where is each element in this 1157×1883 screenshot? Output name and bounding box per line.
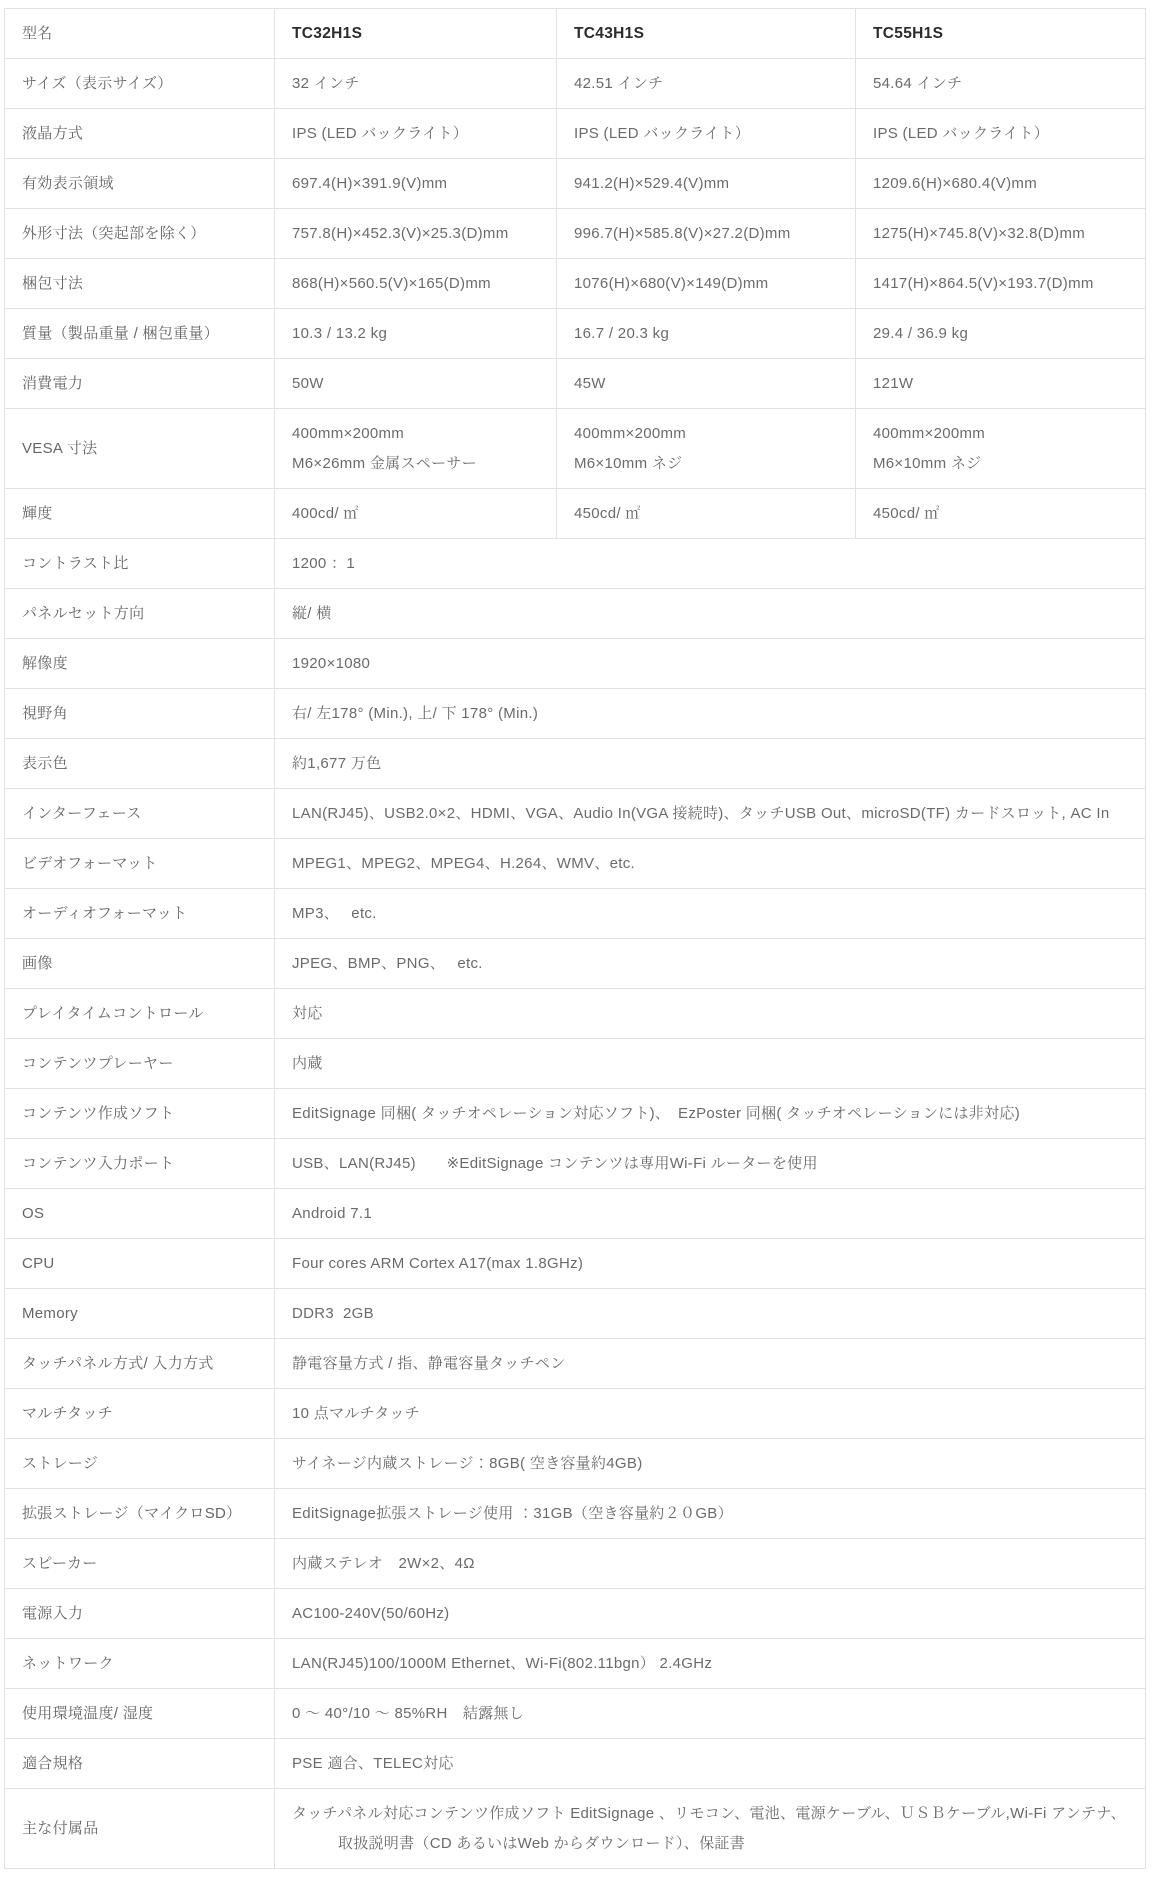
row-value: 1076(H)×680(V)×149(D)mm	[557, 259, 856, 309]
value-line: 1275(H)×745.8(V)×32.8(D)mm	[873, 224, 1128, 243]
spec-table: 型名 TC32H1S TC43H1S TC55H1S サイズ（表示サイズ）32 …	[4, 8, 1146, 1869]
spec-sheet-page: 型名 TC32H1S TC43H1S TC55H1S サイズ（表示サイズ）32 …	[0, 0, 1157, 1883]
table-row: ストレージサイネージ内蔵ストレージ：8GB( 空き容量約4GB)	[5, 1439, 1146, 1489]
row-value: 941.2(H)×529.4(V)mm	[557, 159, 856, 209]
row-label: 適合規格	[5, 1739, 275, 1789]
row-label: 有効表示領域	[5, 159, 275, 209]
value-line: M6×10mm ネジ	[873, 454, 1128, 473]
row-value: IPS (LED バックライト）	[856, 109, 1146, 159]
value-line: 1076(H)×680(V)×149(D)mm	[574, 274, 838, 293]
table-row: インターフェースLAN(RJ45)、USB2.0×2、HDMI、VGA、Audi…	[5, 789, 1146, 839]
row-label: 外形寸法（突起部を除く）	[5, 209, 275, 259]
row-value: タッチパネル対応コンテンツ作成ソフト EditSignage 、リモコン、電池、…	[275, 1789, 1146, 1869]
value-line: 1209.6(H)×680.4(V)mm	[873, 174, 1128, 193]
table-row: 電源入力AC100-240V(50/60Hz)	[5, 1589, 1146, 1639]
table-row: スピーカー内蔵ステレオ 2W×2、4Ω	[5, 1539, 1146, 1589]
spec-table-body: サイズ（表示サイズ）32 インチ42.51 インチ54.64 インチ液晶方式IP…	[5, 59, 1146, 1869]
value-line: 697.4(H)×391.9(V)mm	[292, 174, 539, 193]
value-line: PSE 適合、TELEC対応	[292, 1754, 1128, 1773]
value-line: 取扱説明書（CD あるいはWeb からダウンロード）、保証書	[292, 1834, 1128, 1853]
row-value: PSE 適合、TELEC対応	[275, 1739, 1146, 1789]
value-line: 400mm×200mm	[574, 424, 838, 443]
row-value: 868(H)×560.5(V)×165(D)mm	[275, 259, 557, 309]
table-row: コンテンツ入力ポートUSB、LAN(RJ45) ※EditSignage コンテ…	[5, 1139, 1146, 1189]
row-label: ビデオフォーマット	[5, 839, 275, 889]
value-line: 静電容量方式 / 指、静電容量タッチペン	[292, 1354, 1128, 1373]
table-row: パネルセット方向縦/ 横	[5, 589, 1146, 639]
value-line: Android 7.1	[292, 1204, 1128, 1223]
value-line: 45W	[574, 374, 838, 393]
table-row: コンテンツ作成ソフトEditSignage 同梱( タッチオペレーション対応ソフ…	[5, 1089, 1146, 1139]
row-label: 拡張ストレージ（マイクロSD）	[5, 1489, 275, 1539]
value-line: 757.8(H)×452.3(V)×25.3(D)mm	[292, 224, 539, 243]
row-value: 400mm×200mmM6×10mm ネジ	[856, 409, 1146, 489]
row-label: Memory	[5, 1289, 275, 1339]
model-name-tc32h1s: TC32H1S	[275, 9, 557, 59]
model-name-label: 型名	[5, 9, 275, 59]
row-label: ネットワーク	[5, 1639, 275, 1689]
row-value: 10.3 / 13.2 kg	[275, 309, 557, 359]
row-value: IPS (LED バックライト）	[557, 109, 856, 159]
table-row: サイズ（表示サイズ）32 インチ42.51 インチ54.64 インチ	[5, 59, 1146, 109]
model-name-tc55h1s: TC55H1S	[856, 9, 1146, 59]
row-label: OS	[5, 1189, 275, 1239]
row-value: 静電容量方式 / 指、静電容量タッチペン	[275, 1339, 1146, 1389]
row-label: 使用環境温度/ 湿度	[5, 1689, 275, 1739]
value-line: AC100-240V(50/60Hz)	[292, 1604, 1128, 1623]
row-value: Four cores ARM Cortex A17(max 1.8GHz)	[275, 1239, 1146, 1289]
table-row: OSAndroid 7.1	[5, 1189, 1146, 1239]
row-label: オーディオフォーマット	[5, 889, 275, 939]
value-line: 400cd/ ㎡	[292, 504, 539, 523]
value-line: 50W	[292, 374, 539, 393]
table-row: 適合規格PSE 適合、TELEC対応	[5, 1739, 1146, 1789]
row-label: 解像度	[5, 639, 275, 689]
value-line: 0 ～ 40°/10 ～ 85%RH 結露無し	[292, 1704, 1128, 1723]
table-row: 消費電力50W45W121W	[5, 359, 1146, 409]
row-label: コンテンツ作成ソフト	[5, 1089, 275, 1139]
row-label: 質量（製品重量 / 梱包重量）	[5, 309, 275, 359]
row-value: 1209.6(H)×680.4(V)mm	[856, 159, 1146, 209]
row-value: 1417(H)×864.5(V)×193.7(D)mm	[856, 259, 1146, 309]
value-line: MPEG1、MPEG2、MPEG4、H.264、WMV、etc.	[292, 854, 1128, 873]
table-row: タッチパネル方式/ 入力方式静電容量方式 / 指、静電容量タッチペン	[5, 1339, 1146, 1389]
row-value: EditSignage拡張ストレージ使用 ：31GB（空き容量約２０GB）	[275, 1489, 1146, 1539]
row-value: 996.7(H)×585.8(V)×27.2(D)mm	[557, 209, 856, 259]
row-label: サイズ（表示サイズ）	[5, 59, 275, 109]
value-line: 54.64 インチ	[873, 74, 1128, 93]
row-value: 121W	[856, 359, 1146, 409]
row-value: IPS (LED バックライト）	[275, 109, 557, 159]
value-line: LAN(RJ45)、USB2.0×2、HDMI、VGA、Audio In(VGA…	[292, 804, 1128, 823]
table-row: マルチタッチ10 点マルチタッチ	[5, 1389, 1146, 1439]
row-label: スピーカー	[5, 1539, 275, 1589]
row-label: タッチパネル方式/ 入力方式	[5, 1339, 275, 1389]
row-value: 29.4 / 36.9 kg	[856, 309, 1146, 359]
row-value: EditSignage 同梱( タッチオペレーション対応ソフト)、 EzPost…	[275, 1089, 1146, 1139]
row-label: 視野角	[5, 689, 275, 739]
row-label: VESA 寸法	[5, 409, 275, 489]
row-value: LAN(RJ45)、USB2.0×2、HDMI、VGA、Audio In(VGA…	[275, 789, 1146, 839]
row-value: 50W	[275, 359, 557, 409]
row-value: 757.8(H)×452.3(V)×25.3(D)mm	[275, 209, 557, 259]
value-line: 10 点マルチタッチ	[292, 1404, 1128, 1423]
row-value: 1200 ：1	[275, 539, 1146, 589]
row-label: 梱包寸法	[5, 259, 275, 309]
row-label: ストレージ	[5, 1439, 275, 1489]
row-value: Android 7.1	[275, 1189, 1146, 1239]
row-value: 400mm×200mmM6×10mm ネジ	[557, 409, 856, 489]
table-row: プレイタイムコントロール対応	[5, 989, 1146, 1039]
row-label: 液晶方式	[5, 109, 275, 159]
row-value: 1275(H)×745.8(V)×32.8(D)mm	[856, 209, 1146, 259]
table-row: 外形寸法（突起部を除く）757.8(H)×452.3(V)×25.3(D)mm9…	[5, 209, 1146, 259]
value-line: M6×26mm 金属スペーサー	[292, 454, 539, 473]
row-label: プレイタイムコントロール	[5, 989, 275, 1039]
row-value: 1920×1080	[275, 639, 1146, 689]
row-value: MP3、 etc.	[275, 889, 1146, 939]
value-line: 868(H)×560.5(V)×165(D)mm	[292, 274, 539, 293]
value-line: 29.4 / 36.9 kg	[873, 324, 1128, 343]
row-label: マルチタッチ	[5, 1389, 275, 1439]
row-value: 16.7 / 20.3 kg	[557, 309, 856, 359]
row-value: USB、LAN(RJ45) ※EditSignage コンテンツは専用Wi-Fi…	[275, 1139, 1146, 1189]
row-label: 電源入力	[5, 1589, 275, 1639]
table-row: ビデオフォーマットMPEG1、MPEG2、MPEG4、H.264、WMV、etc…	[5, 839, 1146, 889]
row-value: 400mm×200mmM6×26mm 金属スペーサー	[275, 409, 557, 489]
row-value: 内蔵ステレオ 2W×2、4Ω	[275, 1539, 1146, 1589]
value-line: IPS (LED バックライト）	[873, 124, 1128, 143]
row-value: JPEG、BMP、PNG、 etc.	[275, 939, 1146, 989]
row-label: 消費電力	[5, 359, 275, 409]
row-value: 697.4(H)×391.9(V)mm	[275, 159, 557, 209]
value-line: USB、LAN(RJ45) ※EditSignage コンテンツは専用Wi-Fi…	[292, 1154, 1128, 1173]
table-row: CPUFour cores ARM Cortex A17(max 1.8GHz)	[5, 1239, 1146, 1289]
table-row: 主な付属品タッチパネル対応コンテンツ作成ソフト EditSignage 、リモコ…	[5, 1789, 1146, 1869]
value-line: 450cd/ ㎡	[574, 504, 838, 523]
value-line: 内蔵ステレオ 2W×2、4Ω	[292, 1554, 1128, 1573]
value-line: IPS (LED バックライト）	[292, 124, 539, 143]
model-name-tc43h1s: TC43H1S	[557, 9, 856, 59]
row-label: パネルセット方向	[5, 589, 275, 639]
row-label: 主な付属品	[5, 1789, 275, 1869]
value-line: LAN(RJ45)100/1000M Ethernet、Wi-Fi(802.11…	[292, 1654, 1128, 1673]
row-value: MPEG1、MPEG2、MPEG4、H.264、WMV、etc.	[275, 839, 1146, 889]
row-value: 縦/ 横	[275, 589, 1146, 639]
table-row: 解像度1920×1080	[5, 639, 1146, 689]
row-value: 450cd/ ㎡	[856, 489, 1146, 539]
value-line: 1417(H)×864.5(V)×193.7(D)mm	[873, 274, 1128, 293]
row-label: コンテンツプレーヤー	[5, 1039, 275, 1089]
table-row: ネットワークLAN(RJ45)100/1000M Ethernet、Wi-Fi(…	[5, 1639, 1146, 1689]
value-line: 941.2(H)×529.4(V)mm	[574, 174, 838, 193]
value-line: 400mm×200mm	[873, 424, 1128, 443]
value-line: Four cores ARM Cortex A17(max 1.8GHz)	[292, 1254, 1128, 1273]
row-value: 42.51 インチ	[557, 59, 856, 109]
value-line: 右/ 左178° (Min.), 上/ 下 178° (Min.)	[292, 704, 1128, 723]
value-line: 約1,677 万色	[292, 754, 1128, 773]
row-value: 54.64 インチ	[856, 59, 1146, 109]
row-label: 表示色	[5, 739, 275, 789]
row-value: DDR3 2GB	[275, 1289, 1146, 1339]
table-row: 質量（製品重量 / 梱包重量）10.3 / 13.2 kg16.7 / 20.3…	[5, 309, 1146, 359]
table-row: 使用環境温度/ 湿度0 ～ 40°/10 ～ 85%RH 結露無し	[5, 1689, 1146, 1739]
row-value: 45W	[557, 359, 856, 409]
value-line: IPS (LED バックライト）	[574, 124, 838, 143]
table-row: 輝度400cd/ ㎡450cd/ ㎡450cd/ ㎡	[5, 489, 1146, 539]
row-label: コントラスト比	[5, 539, 275, 589]
value-line: JPEG、BMP、PNG、 etc.	[292, 954, 1128, 973]
table-row: コントラスト比1200 ：1	[5, 539, 1146, 589]
value-line: タッチパネル対応コンテンツ作成ソフト EditSignage 、リモコン、電池、…	[292, 1804, 1128, 1823]
row-value: 450cd/ ㎡	[557, 489, 856, 539]
value-line: 1200 ：1	[292, 554, 1128, 573]
row-value: LAN(RJ45)100/1000M Ethernet、Wi-Fi(802.11…	[275, 1639, 1146, 1689]
row-value: 内蔵	[275, 1039, 1146, 1089]
table-header-row: 型名 TC32H1S TC43H1S TC55H1S	[5, 9, 1146, 59]
row-value: 400cd/ ㎡	[275, 489, 557, 539]
value-line: 10.3 / 13.2 kg	[292, 324, 539, 343]
row-value: 右/ 左178° (Min.), 上/ 下 178° (Min.)	[275, 689, 1146, 739]
table-row: MemoryDDR3 2GB	[5, 1289, 1146, 1339]
table-row: コンテンツプレーヤー内蔵	[5, 1039, 1146, 1089]
table-row: 有効表示領域697.4(H)×391.9(V)mm941.2(H)×529.4(…	[5, 159, 1146, 209]
row-value: 約1,677 万色	[275, 739, 1146, 789]
row-label: コンテンツ入力ポート	[5, 1139, 275, 1189]
value-line: 対応	[292, 1004, 1128, 1023]
value-line: 996.7(H)×585.8(V)×27.2(D)mm	[574, 224, 838, 243]
value-line: M6×10mm ネジ	[574, 454, 838, 473]
table-row: 梱包寸法868(H)×560.5(V)×165(D)mm1076(H)×680(…	[5, 259, 1146, 309]
row-value: 対応	[275, 989, 1146, 1039]
value-line: 内蔵	[292, 1054, 1128, 1073]
table-row: 表示色約1,677 万色	[5, 739, 1146, 789]
value-line: 450cd/ ㎡	[873, 504, 1128, 523]
value-line: 1920×1080	[292, 654, 1128, 673]
value-line: 縦/ 横	[292, 604, 1128, 623]
value-line: 42.51 インチ	[574, 74, 838, 93]
table-row: オーディオフォーマットMP3、 etc.	[5, 889, 1146, 939]
row-value: 0 ～ 40°/10 ～ 85%RH 結露無し	[275, 1689, 1146, 1739]
table-row: 画像JPEG、BMP、PNG、 etc.	[5, 939, 1146, 989]
row-value: 10 点マルチタッチ	[275, 1389, 1146, 1439]
value-line: 400mm×200mm	[292, 424, 539, 443]
row-label: 画像	[5, 939, 275, 989]
row-label: 輝度	[5, 489, 275, 539]
row-label: CPU	[5, 1239, 275, 1289]
row-value: 32 インチ	[275, 59, 557, 109]
row-value: AC100-240V(50/60Hz)	[275, 1589, 1146, 1639]
table-row: 液晶方式IPS (LED バックライト）IPS (LED バックライト）IPS …	[5, 109, 1146, 159]
value-line: 32 インチ	[292, 74, 539, 93]
table-row: VESA 寸法400mm×200mmM6×26mm 金属スペーサー400mm×2…	[5, 409, 1146, 489]
value-line: 16.7 / 20.3 kg	[574, 324, 838, 343]
value-line: サイネージ内蔵ストレージ：8GB( 空き容量約4GB)	[292, 1454, 1128, 1473]
row-label: インターフェース	[5, 789, 275, 839]
value-line: DDR3 2GB	[292, 1304, 1128, 1323]
row-value: サイネージ内蔵ストレージ：8GB( 空き容量約4GB)	[275, 1439, 1146, 1489]
value-line: MP3、 etc.	[292, 904, 1128, 923]
table-row: 視野角右/ 左178° (Min.), 上/ 下 178° (Min.)	[5, 689, 1146, 739]
table-row: 拡張ストレージ（マイクロSD）EditSignage拡張ストレージ使用 ：31G…	[5, 1489, 1146, 1539]
value-line: 121W	[873, 374, 1128, 393]
value-line: EditSignage拡張ストレージ使用 ：31GB（空き容量約２０GB）	[292, 1504, 1128, 1523]
value-line: EditSignage 同梱( タッチオペレーション対応ソフト)、 EzPost…	[292, 1104, 1128, 1123]
